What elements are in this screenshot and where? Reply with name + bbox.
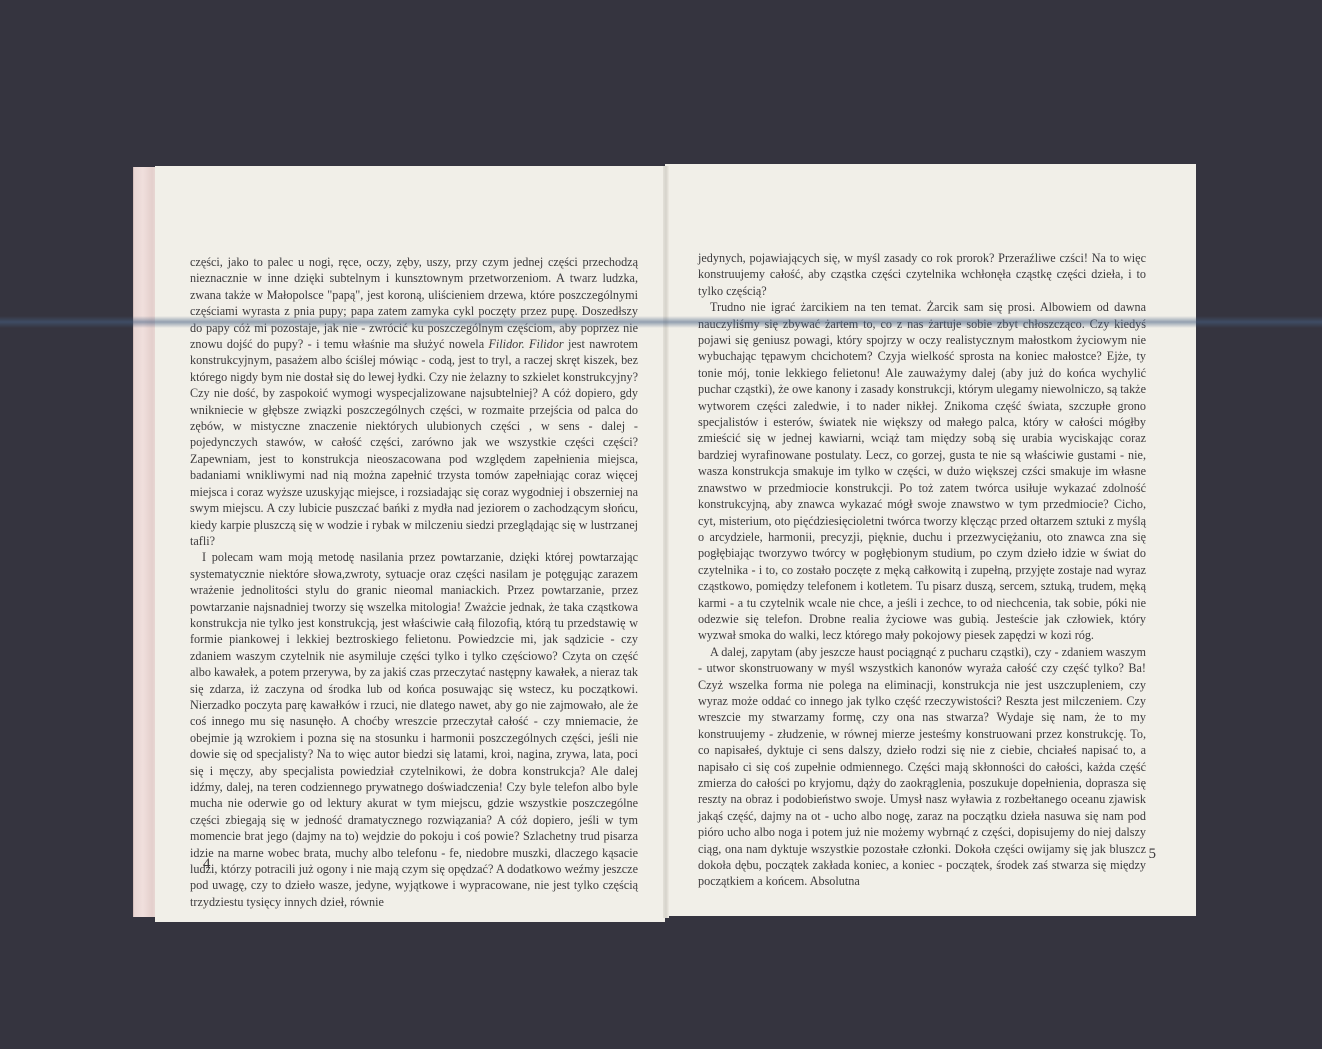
- paragraph: Trudno nie igrać żarcikiem na ten temat.…: [698, 299, 1146, 644]
- open-book-spread: części, jako to palec u nogi, ręce, oczy…: [133, 162, 1196, 924]
- paragraph: I polecam wam moją metodę nasilania prze…: [190, 549, 638, 910]
- paragraph: części, jako to palec u nogi, ręce, oczy…: [190, 254, 638, 549]
- text-segment: Trudno nie igrać żarcikiem na ten temat.…: [698, 300, 1146, 642]
- right-page-body-text: jedynych, pojawiających się, w myśl zasa…: [698, 250, 1146, 890]
- paragraph: jedynych, pojawiających się, w myśl zasa…: [698, 250, 1146, 299]
- left-page-body-text: części, jako to palec u nogi, ręce, oczy…: [190, 254, 638, 910]
- page-number-left: 4: [203, 856, 211, 873]
- page-number-right: 5: [1149, 846, 1157, 863]
- text-segment: jedynych, pojawiających się, w myśl zasa…: [698, 251, 1146, 298]
- paragraph: A dalej, zapytam (aby jeszcze haust poci…: [698, 644, 1146, 890]
- right-page: jedynych, pojawiających się, w myśl zasa…: [665, 164, 1196, 916]
- left-page: części, jako to palec u nogi, ręce, oczy…: [155, 166, 665, 922]
- text-segment: A dalej, zapytam (aby jeszcze haust poci…: [698, 645, 1146, 889]
- italic-title-text: Filidor. Filidor: [488, 337, 563, 351]
- text-segment: I polecam wam moją metodę nasilania prze…: [190, 550, 638, 909]
- book-gutter: [663, 166, 669, 918]
- text-segment: jest nawrotem konstrukcyjnym, pasażem al…: [190, 337, 638, 548]
